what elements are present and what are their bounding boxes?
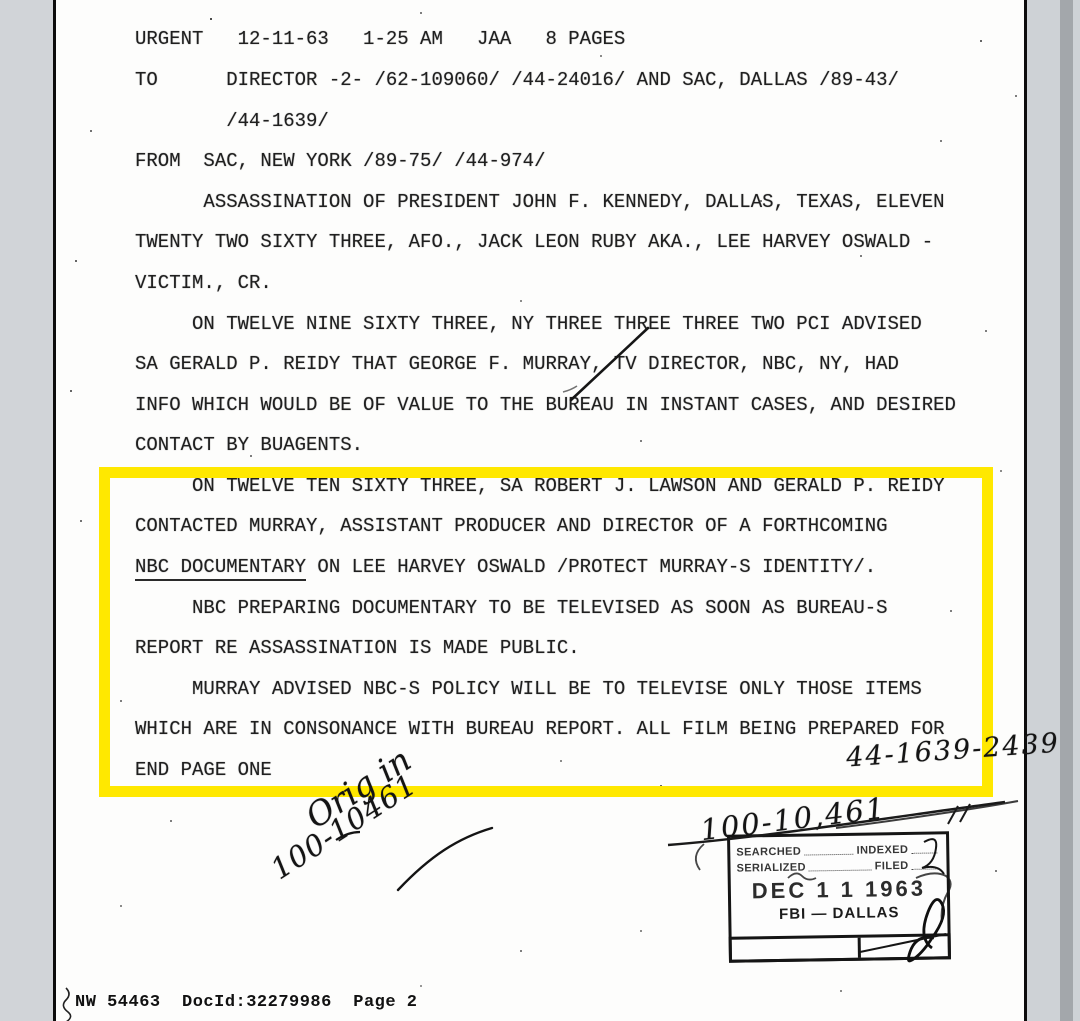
line-from: FROM SAC, NEW YORK /89-75/ /44-974/	[135, 150, 545, 172]
underlined-nbc-documentary: NBC DOCUMENTARY	[135, 556, 306, 581]
dotted-leader	[912, 868, 938, 869]
line-para1-4: CONTACT BY BUAGENTS.	[135, 434, 363, 456]
line-subject-2: TWENTY TWO SIXTY THREE, AFO., JACK LEON …	[135, 231, 933, 253]
stamp-row-serialized: SERIALIZED FILED	[736, 855, 940, 874]
scan-noise	[0, 0, 2, 2]
line-para1-1: ON TWELVE NINE SIXTY THREE, NY THREE THR…	[135, 313, 922, 335]
stamp-office: FBI — DALLAS	[737, 903, 941, 923]
stamp-cell-left	[732, 938, 861, 960]
stamp-indexed-label: INDEXED	[856, 844, 908, 857]
dotted-leader	[809, 869, 872, 871]
line-para2-2: CONTACTED MURRAY, ASSISTANT PRODUCER AND…	[135, 515, 888, 537]
line-subject-3: VICTIM., CR.	[135, 272, 272, 294]
line-para1-3: INFO WHICH WOULD BE OF VALUE TO THE BURE…	[135, 394, 956, 416]
line-para4-1: MURRAY ADVISED NBC-S POLICY WILL BE TO T…	[135, 678, 922, 700]
line-para2-3: NBC DOCUMENTARY ON LEE HARVEY OSWALD /PR…	[135, 556, 876, 578]
dotted-leader	[911, 852, 937, 853]
line-para2-1: ON TWELVE TEN SIXTY THREE, SA ROBERT J. …	[135, 475, 945, 497]
line-urgent-header: URGENT 12-11-63 1-25 AM JAA 8 PAGES	[135, 28, 625, 50]
line-to-cont: /44-1639/	[135, 110, 329, 132]
scrollbar[interactable]	[1060, 0, 1073, 1021]
line-para3-1: NBC PREPARING DOCUMENTARY TO BE TELEVISE…	[135, 597, 888, 619]
line-para2-3-rest: ON LEE HARVEY OSWALD /PROTECT MURRAY-S I…	[306, 556, 876, 578]
stamp-cell-right	[861, 936, 948, 957]
line-subject-1: ASSASSINATION OF PRESIDENT JOHN F. KENNE…	[135, 191, 945, 213]
line-para4-2: WHICH ARE IN CONSONANCE WITH BUREAU REPO…	[135, 718, 945, 740]
stamp-searched-label: SEARCHED	[736, 846, 801, 859]
stamp-bottom-cells	[729, 933, 951, 962]
release-footer: NW 54463 DocId:32279986 Page 2	[75, 993, 417, 1012]
line-to: TO DIRECTOR -2- /62-109060/ /44-24016/ A…	[135, 69, 899, 91]
stamp-serialized-label: SERIALIZED	[736, 862, 806, 875]
stamp-date: DEC 1 1 1963	[737, 875, 941, 904]
dotted-leader	[804, 854, 853, 856]
line-para3-2: REPORT RE ASSASSINATION IS MADE PUBLIC.	[135, 637, 580, 659]
stamp-filed-label: FILED	[875, 860, 909, 873]
line-para1-2: SA GERALD P. REIDY THAT GEORGE F. MURRAY…	[135, 353, 899, 375]
fbi-date-stamp: SEARCHED INDEXED SERIALIZED FILED DEC 1 …	[727, 831, 951, 962]
line-end-page-one: END PAGE ONE	[135, 759, 272, 781]
